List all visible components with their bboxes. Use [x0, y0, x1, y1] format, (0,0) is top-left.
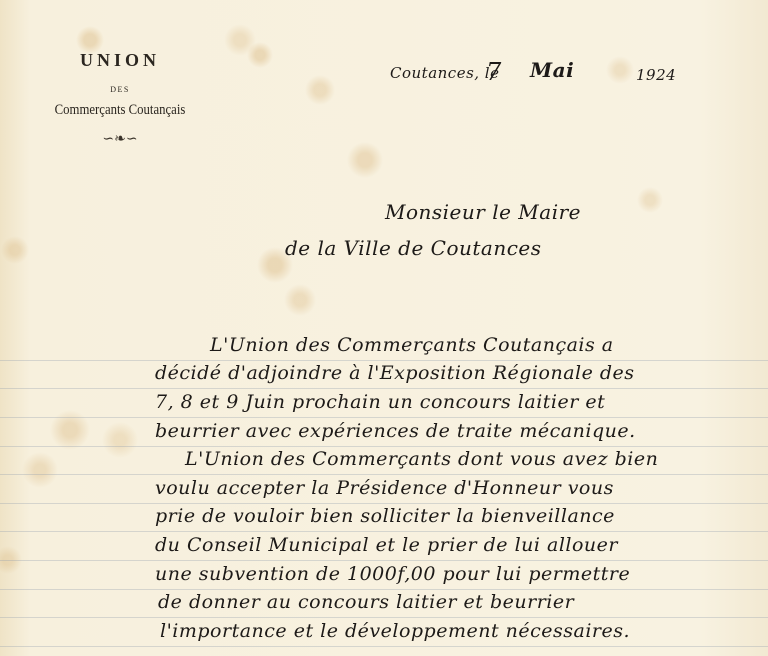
letterhead: UNION DES Commerçants Coutançais ∽❧∽ — [30, 50, 210, 147]
body-line: voulu accepter la Présidence d'Honneur v… — [155, 477, 614, 499]
recipient-line-2: de la Ville de Coutances — [285, 236, 542, 260]
ruled-line — [0, 360, 768, 361]
ruled-line — [0, 446, 768, 447]
dateline-year: 1924 — [636, 66, 676, 84]
ruled-line — [0, 417, 768, 418]
recipient-line-1: Monsieur le Maire — [385, 200, 581, 224]
body-line: L'Union des Commerçants Coutançais a — [210, 334, 614, 356]
letterhead-des: DES — [30, 85, 210, 94]
ruled-line — [0, 474, 768, 475]
body-line: L'Union des Commerçants dont vous avez b… — [185, 448, 658, 470]
dateline-month: Mai — [530, 58, 574, 82]
letterhead-union: UNION — [30, 50, 210, 71]
body-line: du Conseil Municipal et le prier de lui … — [155, 534, 618, 556]
body-line: prie de vouloir bien solliciter la bienv… — [155, 505, 615, 527]
ruled-line — [0, 646, 768, 647]
ruled-line — [0, 560, 768, 561]
ruled-line — [0, 388, 768, 389]
ruled-line — [0, 617, 768, 618]
body-line: de donner au concours laitier et beurrie… — [158, 591, 574, 613]
dateline-day: 7 — [486, 58, 502, 86]
flourish-ornament-icon: ∽❧∽ — [30, 131, 210, 147]
body-line: 7, 8 et 9 Juin prochain un concours lait… — [155, 391, 605, 413]
ruled-line — [0, 589, 768, 590]
body-line: décidé d'adjoindre à l'Exposition Région… — [155, 362, 635, 384]
body-line: l'importance et le développement nécessa… — [160, 620, 630, 642]
body-line: beurrier avec expériences de traite méca… — [155, 420, 636, 442]
ruled-line — [0, 503, 768, 504]
letterhead-organization-name: Commerçants Coutançais — [44, 102, 197, 119]
body-line: une subvention de 1000f,00 pour lui perm… — [155, 563, 630, 585]
dateline-place: Coutances, le — [390, 64, 500, 82]
ruled-line — [0, 531, 768, 532]
